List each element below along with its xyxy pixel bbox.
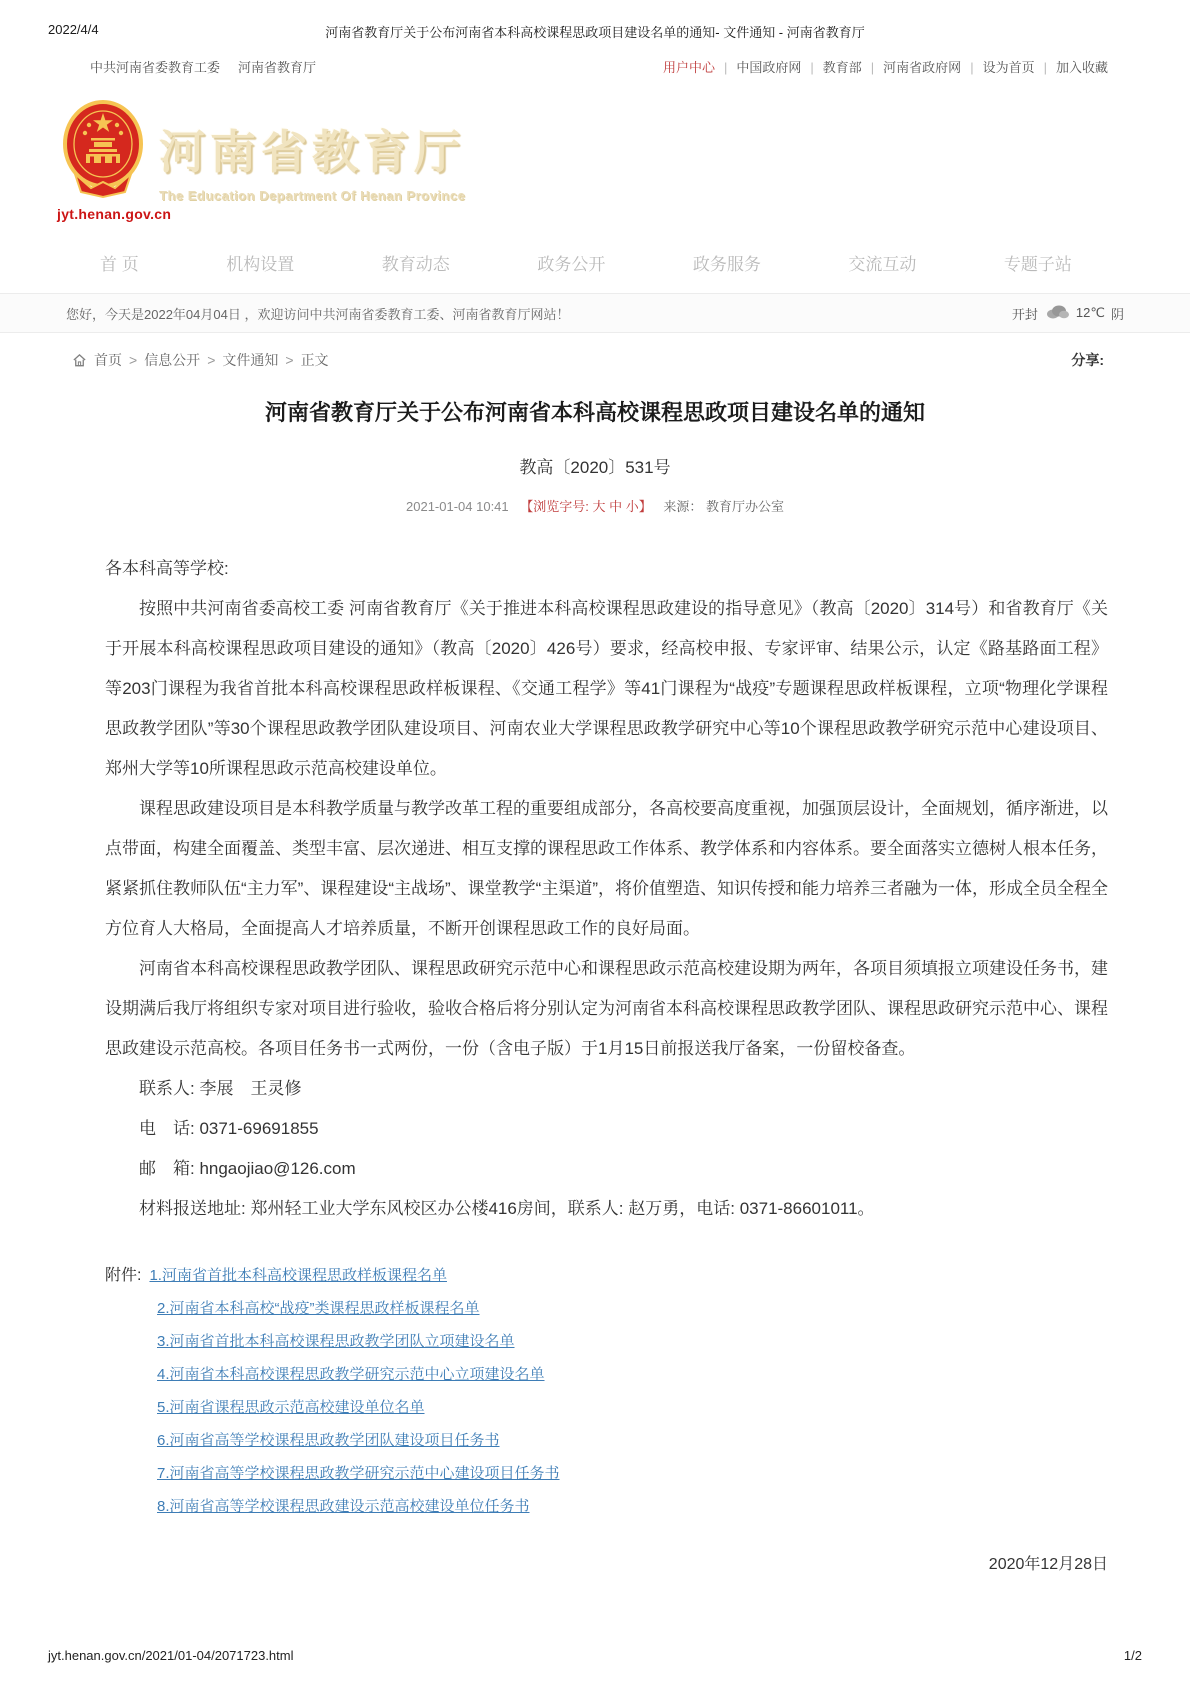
cloud-icon xyxy=(1044,304,1070,322)
breadcrumb-home[interactable]: 首页 xyxy=(94,350,122,370)
site-name: 河南省教育厅 xyxy=(159,116,465,182)
topbar-link-moe[interactable]: 教育部 xyxy=(801,57,861,76)
greeting-text: 您好，今天是2022年04月04日 ，欢迎访问中共河南省委教育工委、河南省教育厅… xyxy=(66,304,569,323)
site-name-english: The Education Department Of Henan Provin… xyxy=(159,188,465,203)
attachment-link-7[interactable]: 7.河南省高等学校课程思政教学研究示范中心建设项目任务书 xyxy=(157,1457,560,1490)
weather-condition: 阴 xyxy=(1111,304,1124,323)
topbar-link-add-favorite[interactable]: 加入收藏 xyxy=(1035,57,1108,76)
article-source: 来源： 教育厅办公室 xyxy=(663,499,784,514)
print-footer: jyt.henan.gov.cn/2021/01-04/2071723.html… xyxy=(48,1648,1142,1663)
paragraph: 按照中共河南省委高校工委 河南省教育厅《关于推进本科高校课程思政建设的指导意见》… xyxy=(105,589,1108,789)
attachments-label: 附件: xyxy=(105,1259,141,1292)
breadcrumb-info-disclosure[interactable]: 信息公开 xyxy=(122,350,200,370)
topbar-link-gov-cn[interactable]: 中国政府网 xyxy=(715,57,801,76)
paragraph: 河南省本科高校课程思政教学团队、课程思政研究示范中心和课程思政示范高校建设期为两… xyxy=(105,949,1108,1069)
topbar: 中共河南省委教育工委河南省教育厅 用户中心 中国政府网 教育部 河南省政府网 设… xyxy=(90,57,1108,76)
article-title: 河南省教育厅关于公布河南省本科高校课程思政项目建设名单的通知 xyxy=(65,398,1125,429)
attachment-link-6[interactable]: 6.河南省高等学校课程思政教学团队建设项目任务书 xyxy=(157,1424,500,1457)
attachment-link-8[interactable]: 8.河南省高等学校课程思政建设示范高校建设单位任务书 xyxy=(157,1490,530,1523)
sign-date: 2020年12月28日 xyxy=(105,1551,1108,1574)
attachment-link-5[interactable]: 5.河南省课程思政示范高校建设单位名单 xyxy=(157,1391,425,1424)
publish-time: 2021-01-04 10:41 xyxy=(406,499,509,514)
org-name-department: 河南省教育厅 xyxy=(238,60,316,75)
article-body: 各本科高等学校: 按照中共河南省委高校工委 河南省教育厅《关于推进本科高校课程思… xyxy=(105,549,1108,1229)
attachment-link-4[interactable]: 4.河南省本科高校课程思政教学研究示范中心立项建设名单 xyxy=(157,1358,545,1391)
nav-item-gov-services[interactable]: 政务服务 xyxy=(693,250,761,275)
home-icon xyxy=(72,353,87,368)
attachment-link-1[interactable]: 1.河南省首批本科高校课程思政样板课程名单 xyxy=(149,1259,447,1292)
salutation: 各本科高等学校: xyxy=(105,549,1108,589)
material-address-line: 材料报送地址: 郑州轻工业大学东风校区办公楼416房间，联系人: 赵万勇，电话:… xyxy=(105,1189,1108,1229)
nav-item-gov-disclosure[interactable]: 政务公开 xyxy=(537,250,605,275)
attachment-link-3[interactable]: 3.河南省首批本科高校课程思政教学团队立项建设名单 xyxy=(157,1325,515,1358)
print-header: 2022/4/4 河南省教育厅关于公布河南省本科高校课程思政项目建设名单的通知-… xyxy=(0,22,1190,40)
print-date: 2022/4/4 xyxy=(48,22,99,37)
welcome-bar: 您好，今天是2022年04月04日 ，欢迎访问中共河南省委教育工委、河南省教育厅… xyxy=(0,293,1190,333)
main-nav: 首 页 机构设置 教育动态 政务公开 政务服务 交流互动 专题子站 xyxy=(100,250,1072,275)
attachment-link-2[interactable]: 2.河南省本科高校“战疫”类课程思政样板课程名单 xyxy=(157,1292,480,1325)
page-number: 1/2 xyxy=(1124,1648,1142,1663)
nav-item-interaction[interactable]: 交流互动 xyxy=(848,250,916,275)
breadcrumb-current-article: 正文 xyxy=(278,350,328,370)
nav-item-home[interactable]: 首 页 xyxy=(100,250,139,275)
breadcrumb-document-notice[interactable]: 文件通知 xyxy=(200,350,278,370)
print-page-title: 河南省教育厅关于公布河南省本科高校课程思政项目建设名单的通知- 文件通知 - 河… xyxy=(0,22,1190,41)
banner-text: 河南省教育厅 The Education Department Of Henan… xyxy=(159,100,465,203)
article-meta: 2021-01-04 10:41 【浏览字号: 大 中 小】 来源： 教育厅办公… xyxy=(65,496,1125,515)
site-url[interactable]: jyt.henan.gov.cn xyxy=(57,206,149,222)
footer-url: jyt.henan.gov.cn/2021/01-04/2071723.html xyxy=(48,1648,294,1663)
topbar-link-henan-gov[interactable]: 河南省政府网 xyxy=(862,57,961,76)
breadcrumb-row: 首页 信息公开 文件通知 正文 分享: xyxy=(72,350,1104,370)
font-size-controls[interactable]: 【浏览字号: 大 中 小】 xyxy=(520,499,651,514)
org-name-committee: 中共河南省委教育工委 xyxy=(90,60,220,75)
national-emblem-icon xyxy=(61,187,145,204)
org-names: 中共河南省委教育工委河南省教育厅 xyxy=(90,57,334,76)
contact-email-line: 邮 箱: hngaojiao@126.com xyxy=(105,1149,1108,1189)
weather-widget: 开封 12℃ 阴 xyxy=(1012,304,1124,323)
topbar-link-set-homepage[interactable]: 设为首页 xyxy=(961,57,1034,76)
attachments-list: 附件: 1.河南省首批本科高校课程思政样板课程名单 2.河南省本科高校“战疫”类… xyxy=(105,1259,1125,1523)
article: 河南省教育厅关于公布河南省本科高校课程思政项目建设名单的通知 教高〔2020〕5… xyxy=(65,398,1125,1574)
emblem-block: jyt.henan.gov.cn xyxy=(57,100,149,222)
topbar-links: 用户中心 中国政府网 教育部 河南省政府网 设为首页 加入收藏 xyxy=(663,57,1108,76)
weather-city: 开封 xyxy=(1012,304,1038,323)
contact-person-line: 联系人: 李展 王灵修 xyxy=(105,1069,1108,1109)
nav-item-special-sites[interactable]: 专题子站 xyxy=(1004,250,1072,275)
site-logo[interactable]: jyt.henan.gov.cn 河南省教育厅 The Education De… xyxy=(57,100,465,222)
weather-temp: 12℃ xyxy=(1076,305,1105,321)
document-number: 教高〔2020〕531号 xyxy=(65,453,1125,478)
paragraph: 课程思政建设项目是本科教学质量与教学改革工程的重要组成部分，各高校要高度重视，加… xyxy=(105,789,1108,949)
topbar-link-user-center[interactable]: 用户中心 xyxy=(663,57,715,76)
breadcrumb: 首页 信息公开 文件通知 正文 xyxy=(72,350,329,370)
contact-phone-line: 电 话: 0371-69691855 xyxy=(105,1109,1108,1149)
share-button[interactable]: 分享: xyxy=(1071,350,1104,370)
nav-item-organization[interactable]: 机构设置 xyxy=(226,250,294,275)
nav-item-education-news[interactable]: 教育动态 xyxy=(382,250,450,275)
